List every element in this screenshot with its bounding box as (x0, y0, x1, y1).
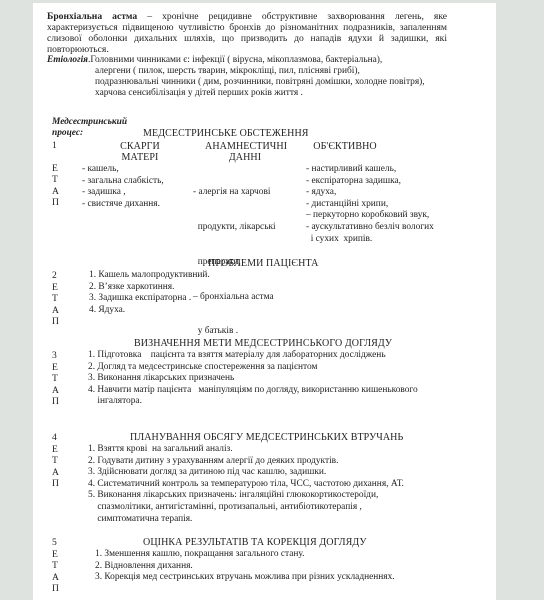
col-anamnesis-header: АНАМНЕСТИЧНІ ДАННІ (205, 141, 285, 163)
stage5-list: 1. Зменшення кашлю, покращання загальног… (95, 549, 395, 584)
stage3-title: ВИЗНАЧЕННЯ МЕТИ МЕДСЕСТРИНСЬКОГО ДОГЛЯДУ (134, 338, 392, 349)
term: Бронхіальна астма (47, 11, 137, 22)
process-label: Медсестринський процес: (52, 117, 127, 139)
col-objective-header: ОБ'ЄКТИВНО (305, 141, 385, 152)
col-objective-list: - настирливий кашель, - експіраторна зад… (306, 164, 434, 245)
etiology-line-3: харчова сенсибілізація у дітей перших ро… (95, 88, 303, 99)
col-complaints-list: - кашель, - загальна слабкість, - задишк… (82, 164, 164, 210)
stage2-list: 1. Кашель малопродуктивний. 2. В’язке ха… (89, 270, 210, 316)
stage4-label: 4 Е Т А П (52, 432, 59, 490)
stage3-label: 3 Е Т А П (52, 350, 59, 408)
etiology-label: Етіологія (47, 55, 88, 65)
definition-paragraph: Бронхіальна астма – хронічне рецидивне о… (47, 11, 447, 55)
stage1-title: МЕДСЕСТРИНСЬКЕ ОБСТЕЖЕННЯ (143, 128, 309, 139)
etiology-line-0: Етіологія.Головними чинниками є: інфекці… (47, 55, 382, 66)
stage5-label: 5 Е Т А П (52, 537, 59, 595)
stage1-label: 1 Е Т А П (52, 140, 59, 209)
stage4-list: 1. Взяття крові на загальний аналіз. 2. … (88, 444, 404, 525)
etiology-line-1: алергени ( пилок, шерсть тварин, мікрокл… (95, 66, 360, 77)
stage2-label: 2 Е Т А П (52, 270, 59, 328)
stage4-title: ПЛАНУВАННЯ ОБСЯГУ МЕДСЕСТРИНСЬКИХ ВТРУЧА… (130, 432, 403, 443)
etiology-line-2: подразнювальні чинники ( дим, розчинники… (95, 77, 425, 88)
stage5-title: ОЦІНКА РЕЗУЛЬТАТІВ ТА КОРЕКЦІЯ ДОГЛЯДУ (143, 537, 367, 548)
stage3-list: 1. Підготовка пацієнта та взяття матеріа… (88, 350, 418, 408)
col-anamnesis-list: - алергія на харчові продукти, лікарські… (193, 164, 276, 350)
col-complaints-header: СКАРГИ МАТЕРІ (110, 141, 170, 163)
stage2-title: ПРОБЛЕМИ ПАЦІЄНТА (208, 258, 318, 269)
